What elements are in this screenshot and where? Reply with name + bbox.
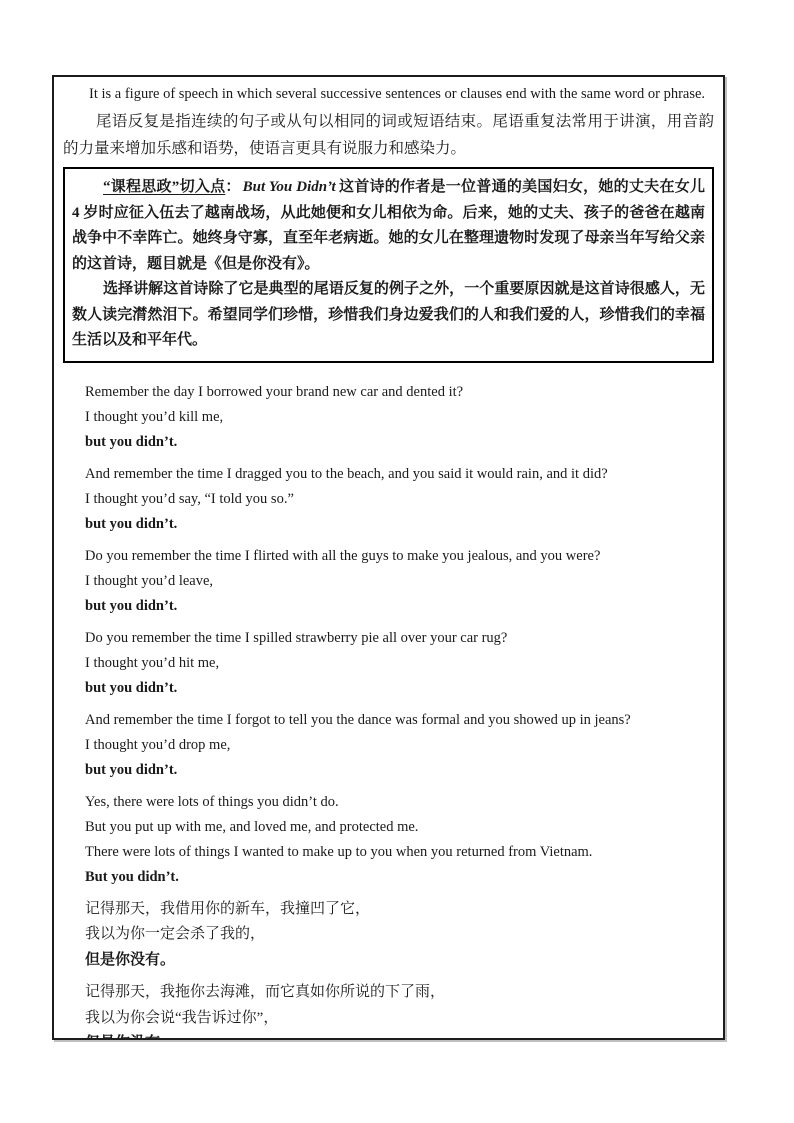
poem-title-inline: But You Didn’t <box>241 179 339 195</box>
ideology-label-colon: ： <box>225 179 240 195</box>
poem-chinese: 记得那天，我借用你的新车，我撞凹了它，我以为你一定会杀了我的，但是你没有。记得那… <box>63 897 714 1041</box>
ideology-paragraph-1: “课程思政”切入点：But You Didn’t这首诗的作者是一位普通的美国妇女… <box>72 175 705 277</box>
poem-line: 我以为你会说“我告诉过你”， <box>85 1006 714 1032</box>
poem-line: Do you remember the time I flirted with … <box>85 544 714 569</box>
poem-stanza: Yes, there were lots of things you didn’… <box>85 790 714 890</box>
poem-line: but you didn’t. <box>85 758 714 783</box>
poem-line: but you didn’t. <box>85 676 714 701</box>
poem-line: But you put up with me, and loved me, an… <box>85 815 714 840</box>
poem-line: There were lots of things I wanted to ma… <box>85 840 714 865</box>
poem-line: but you didn’t. <box>85 512 714 537</box>
poem-english: Remember the day I borrowed your brand n… <box>63 380 714 890</box>
poem-stanza: And remember the time I forgot to tell y… <box>85 708 714 783</box>
poem-line: I thought you’d leave, <box>85 569 714 594</box>
poem-line: 但是你没有。 <box>85 948 714 974</box>
ideology-label: “课程思政”切入点 <box>103 179 225 195</box>
poem-line: Yes, there were lots of things you didn’… <box>85 790 714 815</box>
poem-stanza: 记得那天，我借用你的新车，我撞凹了它，我以为你一定会杀了我的，但是你没有。 <box>85 897 714 974</box>
poem-line: I thought you’d kill me, <box>85 405 714 430</box>
poem-line: 记得那天，我借用你的新车，我撞凹了它， <box>85 897 714 923</box>
poem-line: I thought you’d hit me, <box>85 651 714 676</box>
document-sheet: It is a figure of speech in which severa… <box>0 0 794 1123</box>
poem-line: but you didn’t. <box>85 594 714 619</box>
definition-paragraph-en: It is a figure of speech in which severa… <box>63 81 714 108</box>
poem-line: but you didn’t. <box>85 430 714 455</box>
poem-stanza: Do you remember the time I flirted with … <box>85 544 714 619</box>
definition-paragraph-zh: 尾语反复是指连续的句子或从句以相同的词或短语结束。尾语重复法常用于讲演，用音韵的… <box>63 108 714 162</box>
poem-stanza: 记得那天，我拖你去海滩，而它真如你所说的下了雨，我以为你会说“我告诉过你”，但是… <box>85 980 714 1040</box>
poem-line: I thought you’d drop me, <box>85 733 714 758</box>
content-table-cell: It is a figure of speech in which severa… <box>52 75 725 1040</box>
poem-line: But you didn’t. <box>85 865 714 890</box>
poem-line: Do you remember the time I spilled straw… <box>85 626 714 651</box>
poem-stanza: Remember the day I borrowed your brand n… <box>85 380 714 455</box>
poem-line: 我以为你一定会杀了我的， <box>85 922 714 948</box>
ideology-box: “课程思政”切入点：But You Didn’t这首诗的作者是一位普通的美国妇女… <box>63 167 714 363</box>
poem-line: And remember the time I dragged you to t… <box>85 462 714 487</box>
poem-line: And remember the time I forgot to tell y… <box>85 708 714 733</box>
poem-line: I thought you’d say, “I told you so.” <box>85 487 714 512</box>
poem-line: 记得那天，我拖你去海滩，而它真如你所说的下了雨， <box>85 980 714 1006</box>
poem-stanza: Do you remember the time I spilled straw… <box>85 626 714 701</box>
poem-stanza: And remember the time I dragged you to t… <box>85 462 714 537</box>
ideology-paragraph-2: 选择讲解这首诗除了它是典型的尾语反复的例子之外，一个重要原因就是这首诗很感人，无… <box>72 277 705 354</box>
poem-line: 但是你没有。 <box>85 1031 714 1040</box>
poem-line: Remember the day I borrowed your brand n… <box>85 380 714 405</box>
